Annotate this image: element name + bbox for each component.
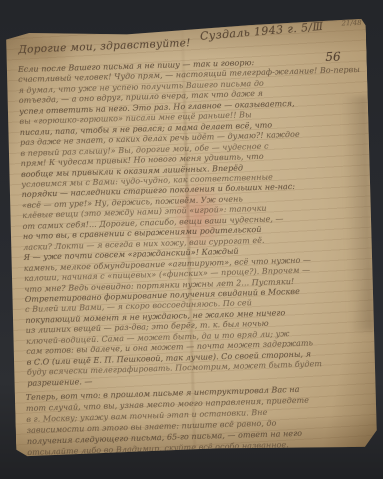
letter-photo: Суздаль 1943 г. 5/Ⅲ 21/48 56 Дорогие мои… [0, 0, 383, 479]
place-date: Суздаль 1943 г. 5/Ⅲ [200, 20, 324, 43]
letter-body: Если после Вашего письма я не пишу — так… [18, 55, 369, 389]
letter-closing-paragraph: Теперь, вот что: в прошлом письме я инст… [26, 383, 372, 459]
corner-annotation: 21/48 [341, 19, 361, 28]
letter-page: Суздаль 1943 г. 5/Ⅲ 21/48 56 Дорогие мои… [4, 19, 379, 458]
